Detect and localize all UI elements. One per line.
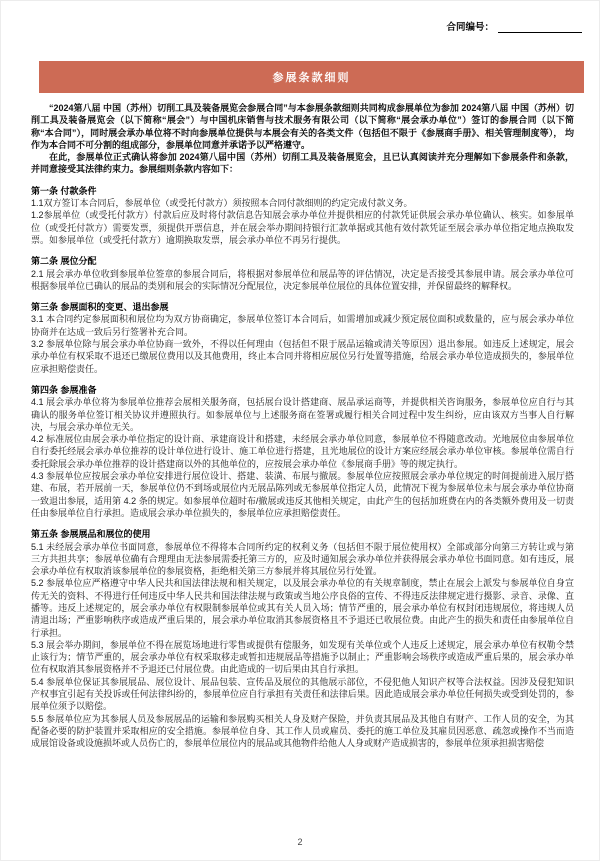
clause-3-1: 3.1 本合同约定参展面积和展位均为双方协商确定，参展单位签订本合同后，如需增加…	[31, 313, 574, 338]
section-heading: 第一条 付款条件	[31, 185, 574, 197]
document-title-banner: 参展条款细则	[39, 61, 584, 93]
section-heading: 第二条 展位分配	[31, 255, 574, 267]
contract-number-row: 合同编号：	[446, 19, 582, 33]
clause-4-1: 4.1 展会承办单位将为参展单位推荐会展相关服务商，包括展台设计搭建商、展品承运…	[31, 396, 574, 433]
clause-5-3: 5.3 展会举办期间，参展单位不得在展览场地进行零售或提供有偿服务，如发现有关单…	[31, 639, 574, 676]
page-number: 2	[1, 837, 599, 847]
section-article-5: 第五条 参展展品和展位的使用 5.1 未经展会承办单位书面同意，参展单位不得将本…	[31, 528, 574, 749]
document-body: “2024第八届 中国（苏州）切削工具及装备展览会参展合同”与本参展条款细则共同…	[31, 102, 574, 750]
section-article-3: 第三条 参展面积的变更、退出参展 3.1 本合同约定参展面积和展位均为双方协商确…	[31, 301, 574, 375]
clause-5-5: 5.5 参展单位应为其参展人员及参展展品的运输和参展购买相关人身及财产保险，并负…	[31, 713, 574, 750]
clause-1-2: 1.2参展单位（或受托付款方）付款后应及时将付款信息告知展会承办单位并提供相应的…	[31, 209, 574, 246]
section-heading: 第五条 参展展品和展位的使用	[31, 528, 574, 540]
intro-paragraph-2: 在此，参展单位正式确认将参加 2024第八届中国（苏州）切削工具及装备展览会，且…	[31, 151, 574, 176]
clause-5-1: 5.1 未经展会承办单位书面同意，参展单位不得将本合同所约定的权利义务（包括但不…	[31, 541, 574, 578]
clause-5-2: 5.2 参展单位应严格遵守中华人民共和国法律法规和相关规定，以及展会承办单位的有…	[31, 577, 574, 638]
section-heading: 第四条 参展准备	[31, 384, 574, 396]
section-article-1: 第一条 付款条件 1.1双方签订本合同后，参展单位（或受托付款方）须按照本合同付…	[31, 185, 574, 246]
contract-number-label: 合同编号：	[446, 19, 494, 33]
clause-5-4: 5.4 参展单位保证其参展展品、展位设计、展品包装、宣传品及展位的其他展示部位，…	[31, 676, 574, 713]
document-title: 参展条款细则	[273, 69, 351, 85]
section-article-2: 第二条 展位分配 2.1 展会承办单位收到参展单位签章的参展合同后，将根据对参展…	[31, 255, 574, 292]
clause-2-1: 2.1 展会承办单位收到参展单位签章的参展合同后，将根据对参展单位和展品等的评估…	[31, 268, 574, 293]
clause-4-3: 4.3 参展单位应按展会承办单位安排进行展位设计、搭建、装潢、布展与撤展。参展单…	[31, 470, 574, 519]
contract-number-blank-field[interactable]	[498, 21, 582, 33]
clause-4-2: 4.2 标准展位由展会承办单位指定的设计商、承建商设计和搭建，未经展会承办单位同…	[31, 433, 574, 470]
intro-paragraph-1: “2024第八届 中国（苏州）切削工具及装备展览会参展合同”与本参展条款细则共同…	[31, 102, 574, 151]
clause-1-1: 1.1双方签订本合同后，参展单位（或受托付款方）须按照本合同付款细则的约定完成付…	[31, 197, 574, 209]
section-heading: 第三条 参展面积的变更、退出参展	[31, 301, 574, 313]
clause-3-2: 3.2 参展单位除与展会承办单位协商一致外，不得以任何理由（包括但不限于展品运输…	[31, 338, 574, 375]
document-page: 合同编号： 参展条款细则 “2024第八届 中国（苏州）切削工具及装备展览会参展…	[0, 0, 600, 861]
section-article-4: 第四条 参展准备 4.1 展会承办单位将为参展单位推荐会展相关服务商，包括展台设…	[31, 384, 574, 519]
